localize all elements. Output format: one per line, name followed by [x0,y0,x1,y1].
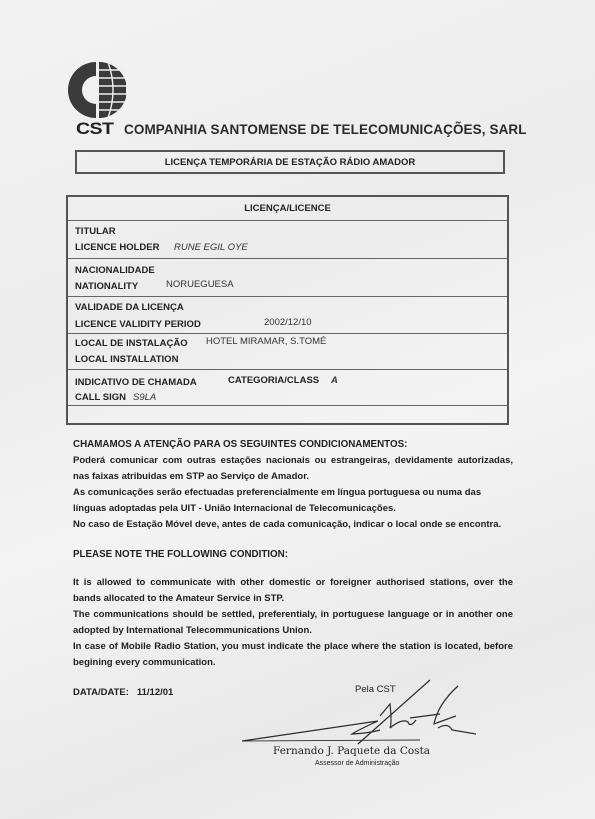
condition-en-3: In case of Mobile Radio Station, you mus… [73,639,513,671]
conditions-en: It is allowed to communicate with other … [73,575,513,671]
conditions-en-heading-block: PLEASE NOTE THE FOLLOWING CONDITION: [73,547,513,563]
holder-value: RUNE EGIL OYE [174,242,248,253]
conditions-pt-heading: CHAMAMOS A ATENÇÃO PARA OS SEGUINTES CON… [73,437,513,453]
signature-icon [240,678,490,748]
condition-en-1: It is allowed to communicate with other … [73,575,513,607]
installation-label-pt: LOCAL DE INSTALAÇÃO [75,338,188,349]
callsign-label-pt: INDICATIVO DE CHAMADA [75,377,197,388]
condition-pt-2: As comunicações serão efectuadas prefere… [73,485,513,517]
callsign-row: INDICATIVO DE CHAMADA CATEGORIA/CLASS A … [68,369,507,407]
condition-pt-3: No caso de Estação Móvel deve, antes de … [73,517,513,533]
validity-label-en: LICENCE VALIDITY PERIOD [75,319,201,330]
date-value: 11/12/01 [137,687,173,698]
validity-label-pt: VALIDADE DA LICENÇA [75,302,184,313]
licence-table: LICENÇA/LICENCE TITULAR LICENCE HOLDER R… [66,195,509,425]
installation-value: HOTEL MIRAMAR, S.TOMÉ [206,336,326,347]
condition-en-2: The communications should be settled, pr… [73,607,513,639]
cst-logo-icon [66,60,126,120]
holder-label-pt: TITULAR [75,226,116,237]
installation-row: LOCAL DE INSTALAÇÃO HOTEL MIRAMAR, S.TOM… [68,333,507,369]
category-label: CATEGORIA/CLASS [228,375,319,386]
date-block: DATA/DATE: 11/12/01 [73,687,173,698]
licence-heading: LICENÇA/LICENCE [68,203,507,214]
holder-label-en: LICENCE HOLDER [75,242,159,253]
document-title: LICENÇA TEMPORÁRIA DE ESTAÇÃO RÁDIO AMAD… [75,150,505,174]
category-value: A [331,375,338,386]
company-name: COMPANHIA SANTOMENSE DE TELECOMUNICAÇÕES… [124,122,527,137]
signer-name: Fernando J. Paquete da Costa [273,745,430,757]
empty-row [68,405,507,425]
signer-title: Assessor de Administração [315,760,399,767]
validity-value: 2002/12/10 [264,317,312,328]
callsign-value: S9LA [133,392,156,403]
validity-row: VALIDADE DA LICENÇA LICENCE VALIDITY PER… [68,296,507,334]
nationality-value: NORUEGUESA [166,279,234,290]
logo-text: CST [76,119,113,139]
holder-row: TITULAR LICENCE HOLDER RUNE EGIL OYE [68,220,507,258]
conditions-pt: CHAMAMOS A ATENÇÃO PARA OS SEGUINTES CON… [73,437,513,533]
callsign-label-en: CALL SIGN [75,392,126,403]
nationality-label-en: NATIONALITY [75,281,138,292]
installation-label-en: LOCAL INSTALLATION [75,354,178,365]
conditions-en-heading: PLEASE NOTE THE FOLLOWING CONDITION: [73,547,513,563]
nationality-row: NACIONALIDADE NATIONALITY NORUEGUESA [68,258,507,296]
date-label: DATA/DATE: [73,687,129,698]
condition-pt-1: Poderá comunicar com outras estações nac… [73,453,513,485]
nationality-label-pt: NACIONALIDADE [75,265,155,276]
